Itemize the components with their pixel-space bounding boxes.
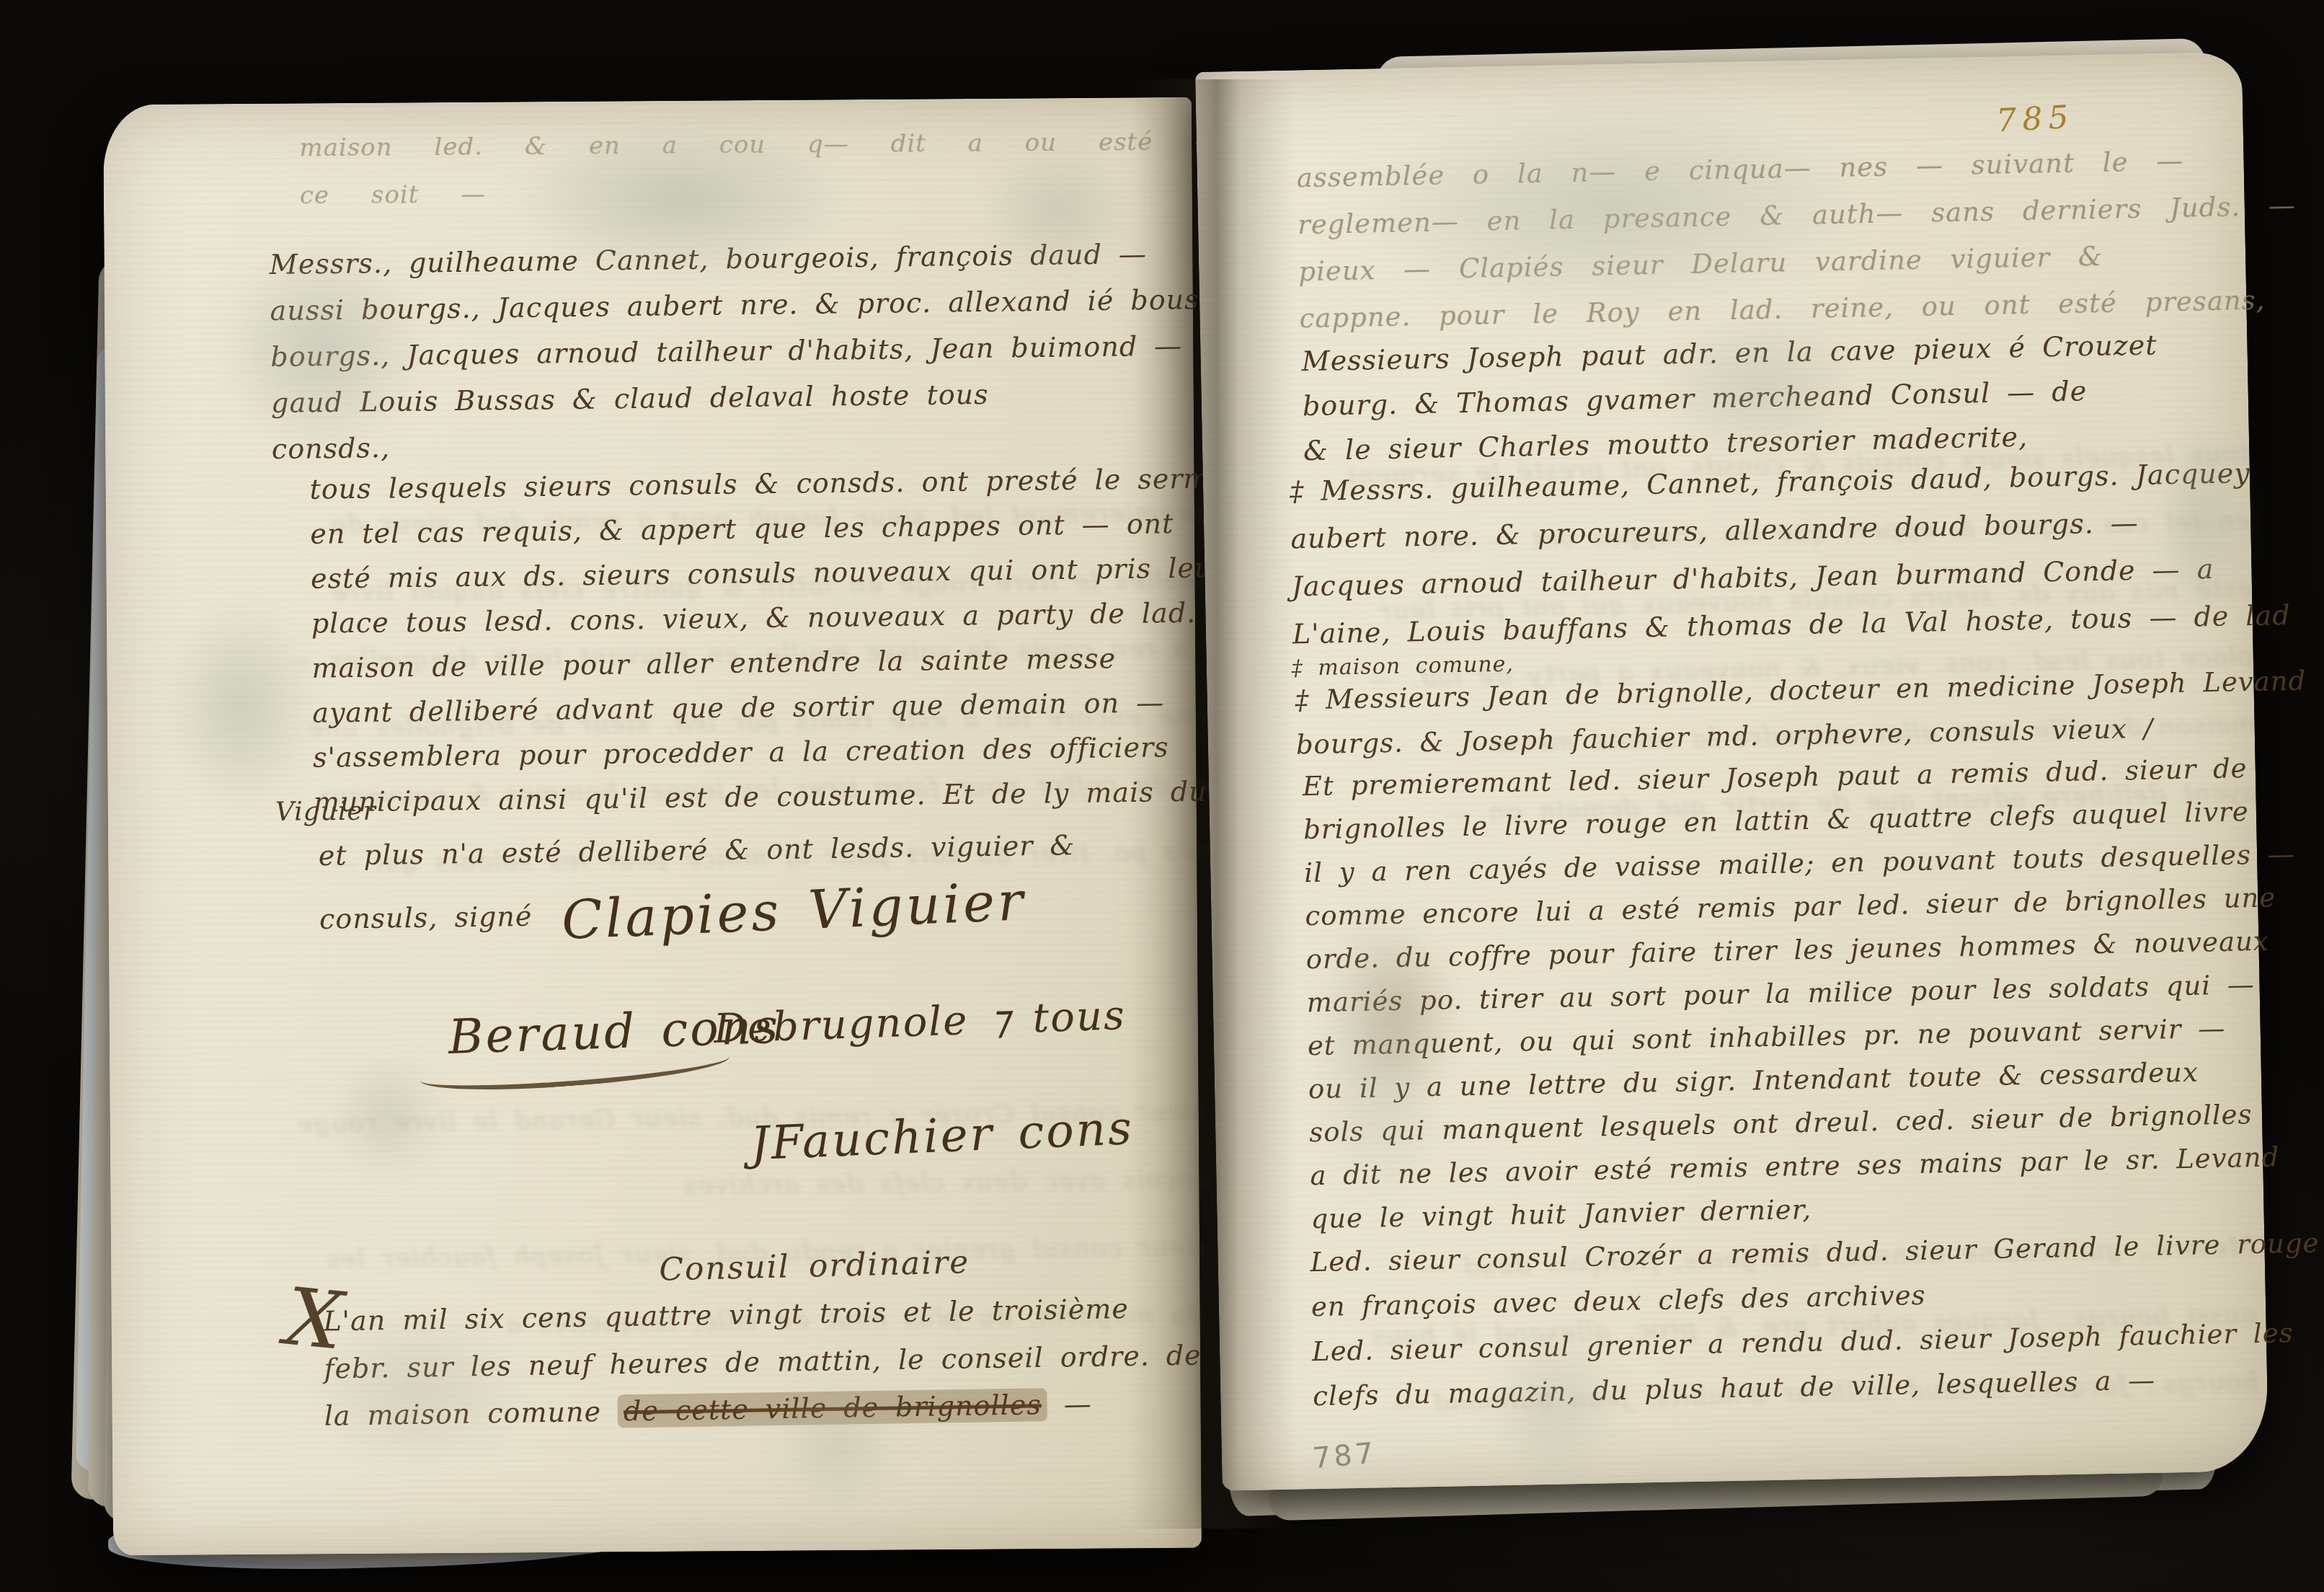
attendees-paragraph: Messrs., guilheaume Cannet, bourgeois, f… bbox=[270, 237, 1202, 479]
officials-present-paragraph: Messieurs Joseph paut adr. en la cave pi… bbox=[1301, 329, 2159, 479]
manuscript-page-right: tous lesquels sieurs consuls & consds. o… bbox=[1195, 52, 2269, 1491]
keys-handover-paragraph: Led. sieur consul Crozér a remis dud. si… bbox=[1310, 1227, 2323, 1425]
folio-number: 785 bbox=[1995, 99, 2075, 140]
struck-out-words: de cette ville de brignolles bbox=[618, 1388, 1047, 1428]
deliberation-paragraph: tous lesquels sieurs consuls & consds. o… bbox=[309, 461, 1279, 831]
consuls-new-paragraph: ‡ Messrs. guilheaume, Cannet, françois d… bbox=[1290, 456, 2292, 666]
handover-paragraph: Et premieremant led. sieur Joseph paut a… bbox=[1303, 752, 2302, 1247]
photo-backdrop: Et premieremant led. sieur Joseph paut a… bbox=[0, 0, 2324, 1592]
inserted-line-maison-comune: ‡ maison comune, bbox=[1292, 652, 1514, 681]
date-paragraph: L'an mil six cens quattre vingt trois et… bbox=[323, 1291, 1202, 1400]
last-line-prefix: la maison comune bbox=[324, 1395, 618, 1431]
assembly-opening-paragraph: assemblée o la n— e cinqua— nes — suivan… bbox=[1296, 143, 2298, 350]
manuscript-page-left: Et premieremant led. sieur Joseph paut a… bbox=[103, 97, 1202, 1555]
margin-word-viguier: Viguier bbox=[275, 797, 376, 827]
section-heading-conseil-ordinaire: Consuil ordinaire bbox=[659, 1244, 970, 1288]
last-line-tail: — bbox=[1047, 1388, 1092, 1420]
archival-foliation-pencil: 787 bbox=[1311, 1437, 1378, 1476]
